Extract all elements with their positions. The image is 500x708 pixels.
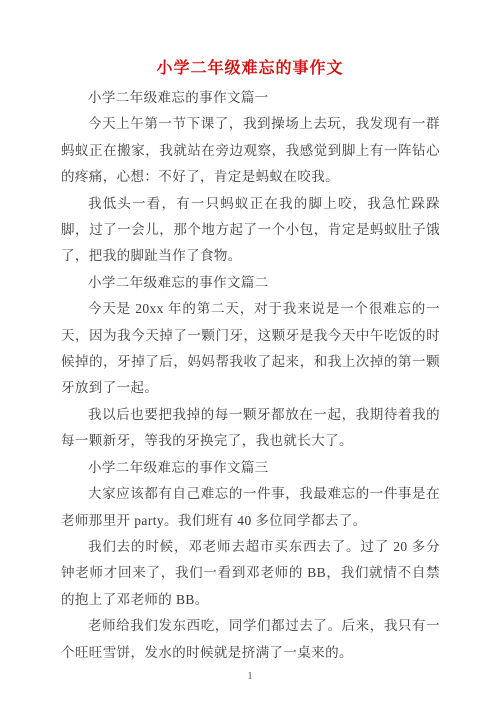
paragraph: 老师给我们发东西吃，同学们都过去了。后来，我只有一个旺旺雪饼，发水的时候就是挤满… [61,613,440,666]
section-heading: 小学二年级难忘的事作文篇三 [61,455,440,481]
paragraph: 大家应该都有自己难忘的一件事，我最难忘的一件事是在老师那里开 party。我们班… [61,481,440,534]
document-body: 小学二年级难忘的事作文篇一 今天上午第一节下课了，我到操场上去玩，我发现有一群蚂… [61,85,440,666]
page-number: 1 [0,668,500,686]
document-page: 小学二年级难忘的事作文 小学二年级难忘的事作文篇一 今天上午第一节下课了，我到操… [0,0,500,708]
paragraph: 我低头一看，有一只蚂蚁正在我的脚上咬，我急忙跺跺脚，过了一会儿，那个地方起了一个… [61,191,440,270]
paragraph: 我们去的时候，邓老师去超市买东西去了。过了 20 多分钟老师才回来了，我们一看到… [61,534,440,613]
paragraph: 我以后也要把我掉的每一颗牙都放在一起，我期待着我的每一颗新牙，等我的牙换完了，我… [61,402,440,455]
section-heading: 小学二年级难忘的事作文篇二 [61,270,440,296]
page-title: 小学二年级难忘的事作文 [0,0,500,80]
paragraph: 今天上午第一节下课了，我到操场上去玩，我发现有一群蚂蚁正在搬家，我就站在旁边观察… [61,111,440,190]
section-heading: 小学二年级难忘的事作文篇一 [61,85,440,111]
paragraph: 今天是 20xx 年的第二天，对于我来说是一个很难忘的一天，因为我今天掉了一颗门… [61,296,440,402]
